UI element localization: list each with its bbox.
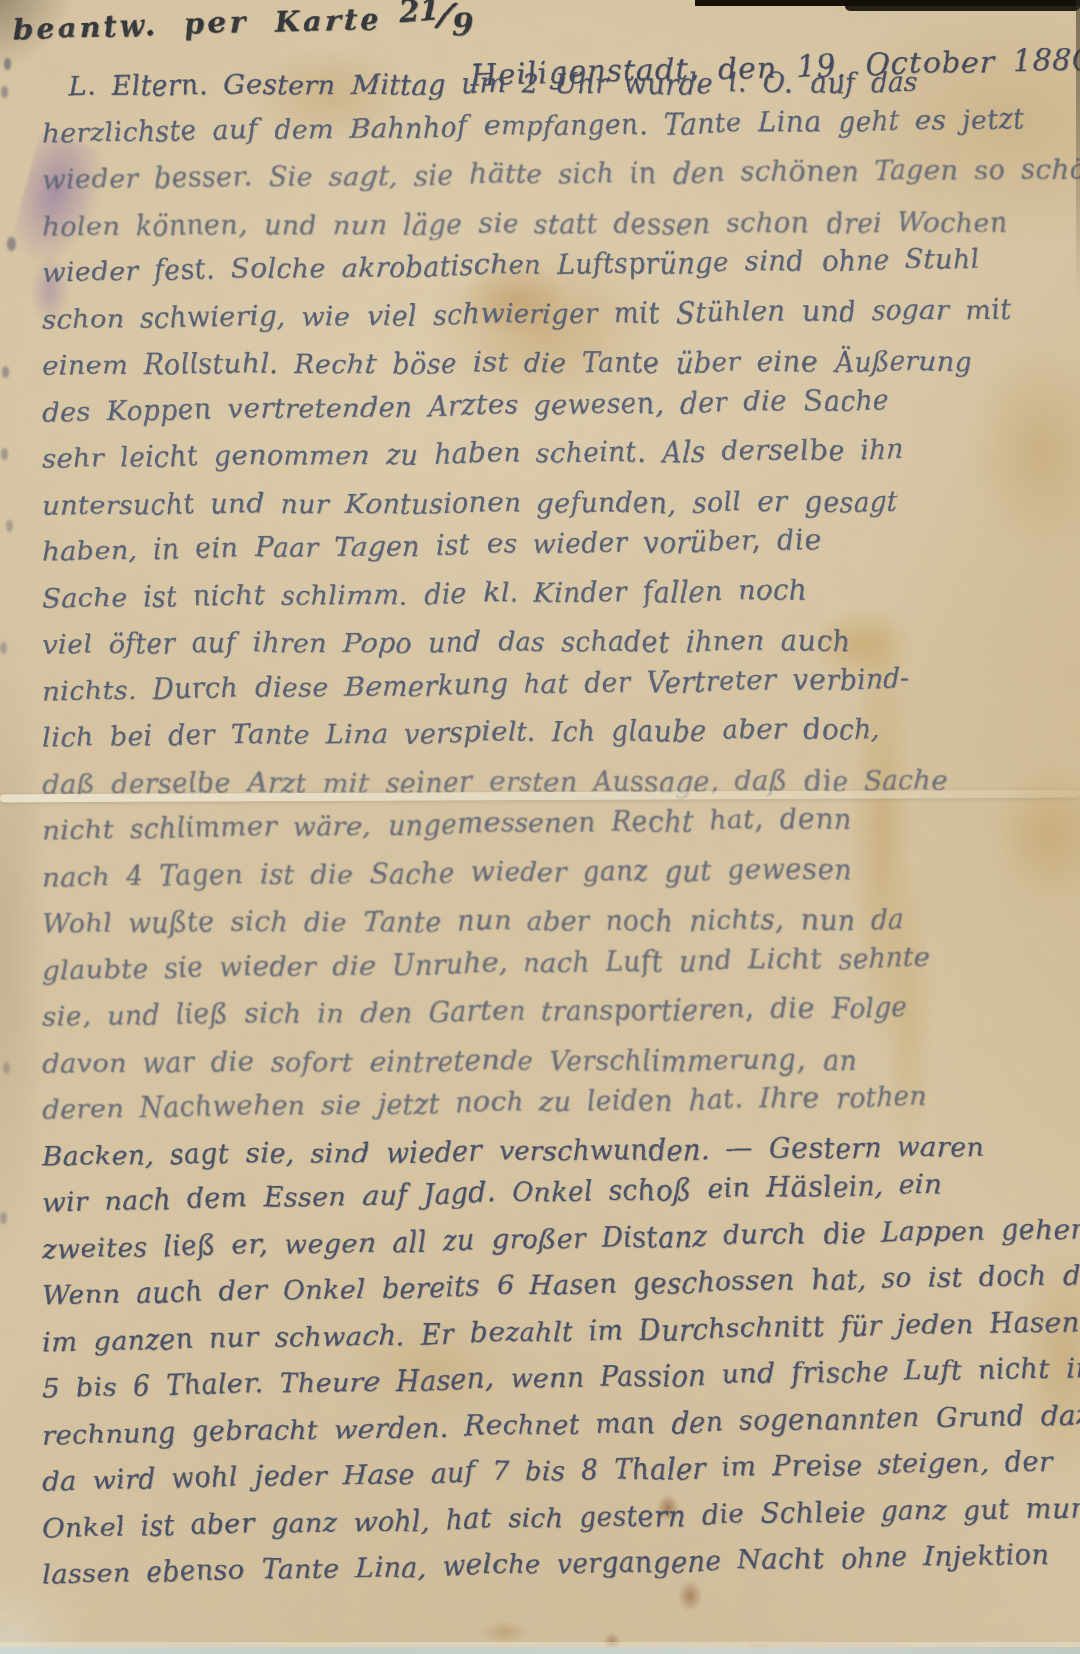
letter-line: schon schwierig, wie viel schwieriger mi… [42,287,1060,343]
letter-line: sie, und ließ sich in den Garten transpo… [42,984,1060,1040]
letter-line: nach 4 Tagen ist die Sache wieder ganz g… [42,845,1060,901]
ink-bleed-marks [0,0,7,12]
annotation-date-fraction: 21/9 [398,0,472,37]
letter-body: L. Eltern. Gestern Mittag um 2 Uhr wurde… [42,64,1060,1599]
letter-scan-page: beantw. per Karte21/9 Heiligenstadt, den… [0,0,1080,1654]
letter-line: lich bei der Tante Lina verspielt. Ich g… [42,705,1060,761]
scan-edge-top-dark [845,0,1080,11]
scan-edge-right [1076,0,1080,300]
letter-line: Sache ist nicht schlimm. die kl. Kinder … [42,566,1060,622]
letter-line: sehr leicht genommen zu haben scheint. A… [42,426,1060,482]
letter-line: wieder besser. Sie sagt, sie hätte sich … [42,147,1060,203]
scan-edge-bottom [0,1647,1080,1654]
